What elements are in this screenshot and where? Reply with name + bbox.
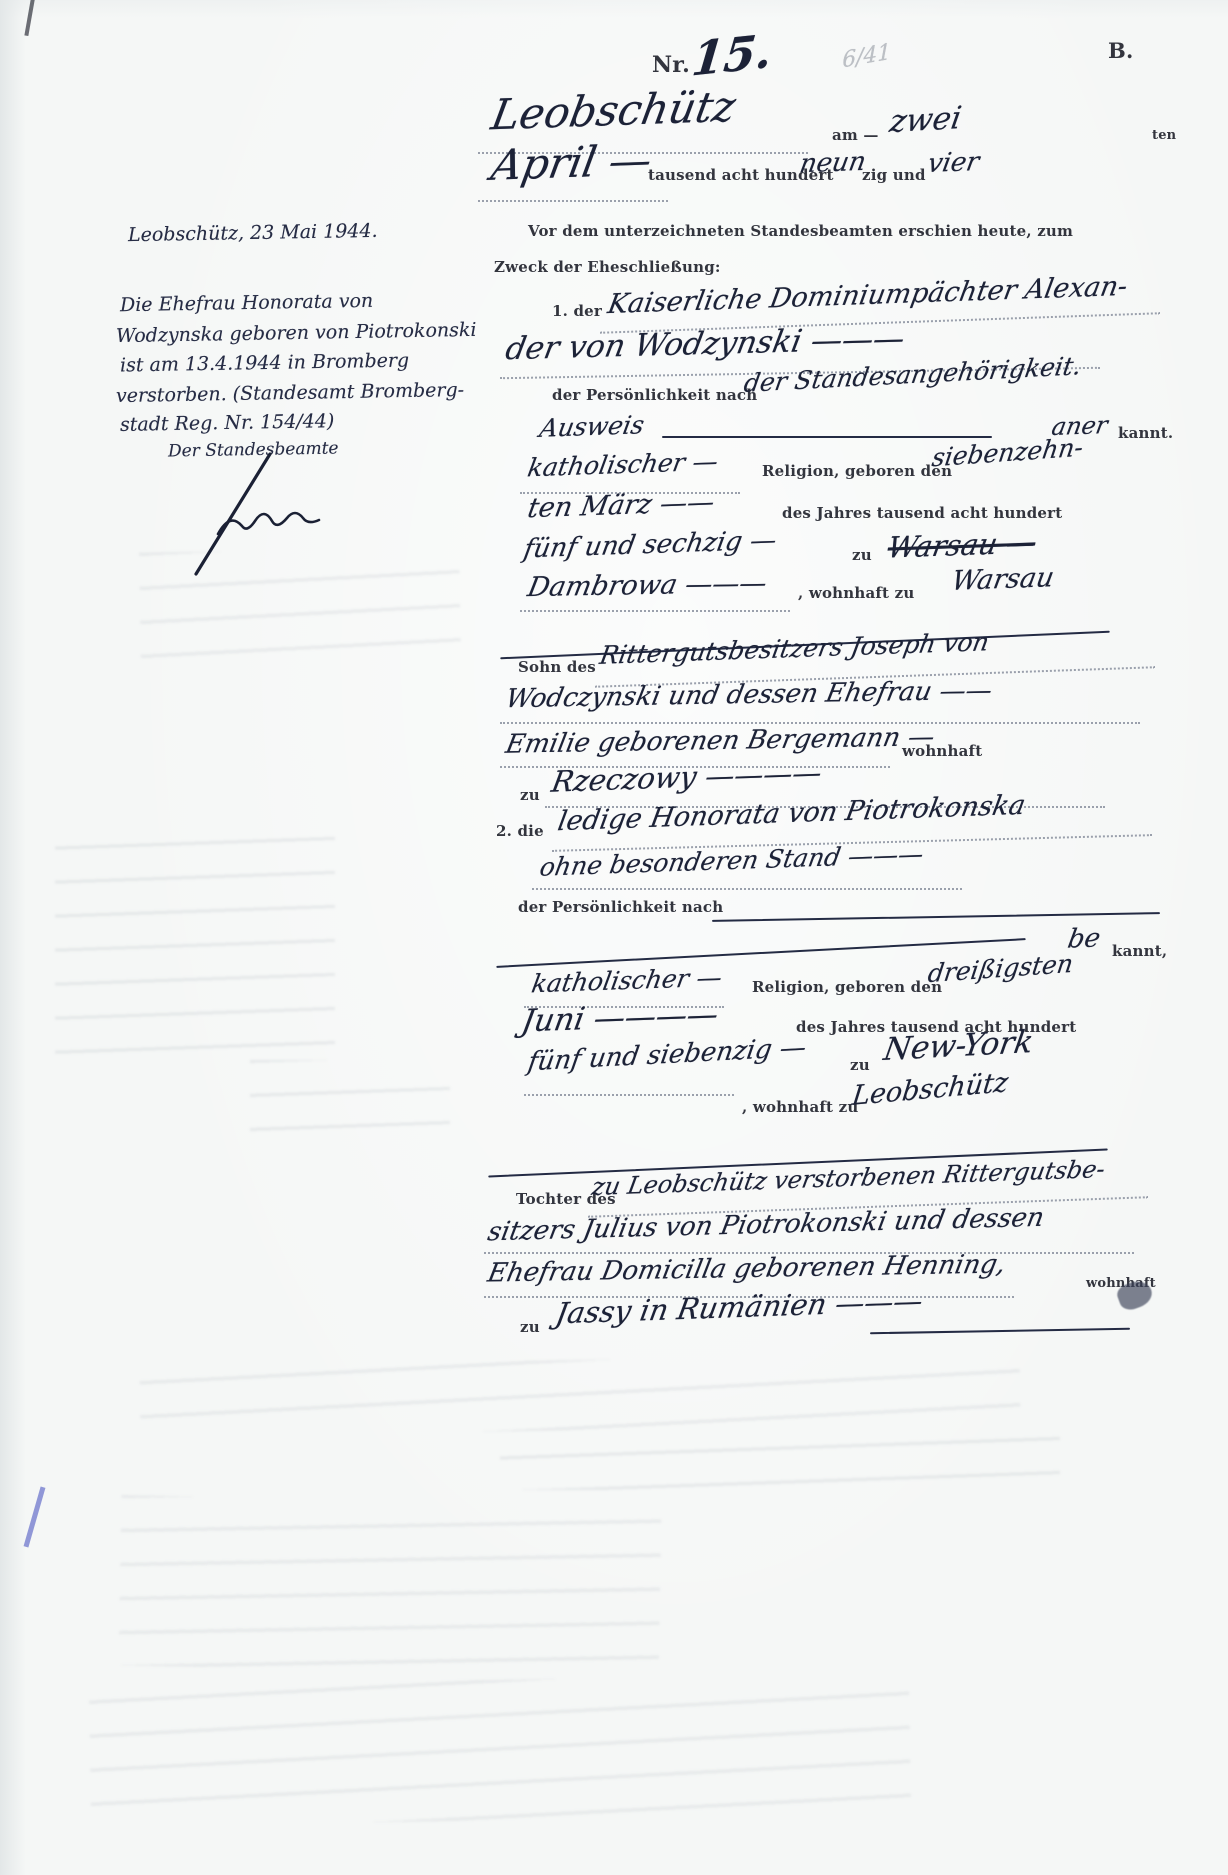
- groom-mother-entry: Emilie geborenen Bergemann —: [503, 722, 937, 760]
- groom-ausweis-entry: Ausweis: [537, 410, 646, 443]
- groom-name-entry: der von Wodzynski ———: [503, 321, 908, 368]
- groom-father-entry: Rittergutsbesitzers Joseph von: [598, 627, 992, 670]
- bride-zu-label: zu: [850, 1056, 870, 1074]
- margin-note-line: stadt Reg. Nr. 154/44): [120, 410, 335, 436]
- groom-parents-zu-label: zu: [520, 786, 540, 804]
- intro-line-2: Zweck der Eheschließung:: [494, 258, 721, 276]
- corner-letter: B.: [1108, 38, 1133, 63]
- bride-religion-entry: katholischer —: [529, 963, 724, 999]
- bride-wohnhaft-label: , wohnhaft zu: [742, 1098, 858, 1116]
- margin-note-line: verstorben. (Standesamt Bromberg-: [116, 379, 464, 407]
- bride-kannt-label: kannt,: [1112, 942, 1167, 960]
- groom-occupation-entry: Kaiserliche Dominiumpächter Alexan-: [605, 271, 1129, 320]
- groom-identity-label: der Persönlichkeit nach: [552, 386, 757, 404]
- groom-wohnhaft-label: , wohnhaft zu: [798, 584, 914, 602]
- rule: [520, 610, 790, 612]
- bride-item-label: 2. die: [496, 822, 544, 840]
- bleed-through-mark: [500, 1430, 1060, 1490]
- year-entry: vier: [925, 147, 981, 179]
- bleed-through-mark: [55, 830, 335, 1060]
- decade-entry: neun: [797, 147, 868, 179]
- groom-zu-label: zu: [852, 546, 872, 564]
- groom-parents-line2: Wodczynski und dessen Ehefrau ——: [503, 676, 995, 715]
- ten-label: ten: [1152, 128, 1176, 143]
- bride-residence-entry: Leobschütz: [850, 1067, 1010, 1112]
- bride-name-entry: ledige Honorata von Piotrokonska: [555, 790, 1027, 838]
- bride-religion-label: Religion, geboren den: [752, 978, 942, 996]
- bride-parents-residence-entry: Jassy in Rumänien ———: [553, 1283, 926, 1330]
- groom-jahres-label: des Jahres tausend acht hundert: [782, 504, 1062, 522]
- bleed-through-mark: [89, 1673, 911, 1827]
- document-page: Nr. 15. 6/41 B. Leobschütz am — zwei ten…: [0, 0, 1228, 1875]
- am-label: am —: [832, 126, 879, 144]
- rule: [478, 200, 668, 202]
- margin-note-line: Die Ehefrau Honorata von: [120, 290, 374, 316]
- groom-item-label: 1. der: [552, 302, 602, 320]
- bride-birth-month-entry: Juni ————: [519, 996, 721, 1039]
- groom-religion-label: Religion, geboren den: [762, 462, 952, 480]
- rule: [532, 888, 962, 890]
- bride-birthplace-entry: New-York: [881, 1024, 1036, 1068]
- scan-edge-mark: [24, 0, 35, 36]
- blue-ink-mark: [24, 1487, 46, 1548]
- bleed-through-mark: [250, 1060, 450, 1140]
- groom-religion-entry: katholischer —: [525, 447, 720, 483]
- groom-birth-day-entry: siebenzehn-: [930, 433, 1085, 473]
- margin-note-line: Wodzynska geboren von Piotrokonski: [116, 319, 477, 347]
- groom-birthplace-entry: Dambrowa ———: [525, 568, 770, 603]
- day-entry: zwei: [887, 100, 964, 140]
- nr-label: Nr.: [652, 52, 690, 78]
- groom-birth-day2-entry: ten März ——: [525, 487, 717, 525]
- groom-birthplace-struck-entry: Warsau —: [885, 525, 1038, 564]
- bride-birth-year-entry: fünf und siebenzig —: [526, 1033, 809, 1078]
- place-entry: Leobschütz: [488, 82, 740, 140]
- month-entry: April —: [488, 135, 656, 190]
- ink-line: [662, 436, 992, 438]
- bleed-through-mark: [119, 1495, 662, 1674]
- groom-parents-residence-entry: Rzeczowy ————: [549, 755, 825, 799]
- registry-number-value: 15.: [689, 23, 774, 86]
- groom-parents-wohnhaft-label: wohnhaft: [902, 742, 982, 760]
- sohn-des-label: Sohn des: [518, 658, 596, 676]
- bride-parents-zu-label: zu: [520, 1318, 540, 1336]
- ink-line: [870, 1328, 1130, 1335]
- bride-parents-line2: sitzers Julius von Piotrokonski und dess…: [485, 1203, 1046, 1248]
- groom-residence-entry: Warsau: [949, 562, 1056, 597]
- groom-birth-year-entry: fünf und sechzig —: [521, 525, 779, 564]
- bride-identity-label: der Persönlichkeit nach: [518, 898, 723, 916]
- groom-kannt-label: kannt.: [1118, 424, 1173, 442]
- ink-line: [712, 912, 1160, 922]
- margin-note-line: Leobschütz, 23 Mai 1944.: [128, 220, 378, 246]
- intro-line-1: Vor dem unterzeichneten Standesbeamten e…: [528, 222, 1073, 240]
- zig-und-label: zig und: [862, 166, 926, 184]
- bride-mother-entry: Ehefrau Domicilla geborenen Henning,: [485, 1249, 1008, 1288]
- bleed-through-mark: [139, 547, 461, 663]
- bleed-through-mark: [139, 1352, 1020, 1437]
- bride-father-entry: zu Leobschütz verstorbenen Rittergutsbe-: [590, 1155, 1108, 1201]
- margin-note-line: ist am 13.4.1944 in Bromberg: [120, 349, 409, 376]
- pencil-note: 6/41: [842, 40, 891, 74]
- bride-birth-day-entry: dreißigsten: [926, 949, 1075, 988]
- rule: [524, 1094, 734, 1096]
- bride-stand-entry: ohne besonderen Stand ———: [538, 839, 926, 882]
